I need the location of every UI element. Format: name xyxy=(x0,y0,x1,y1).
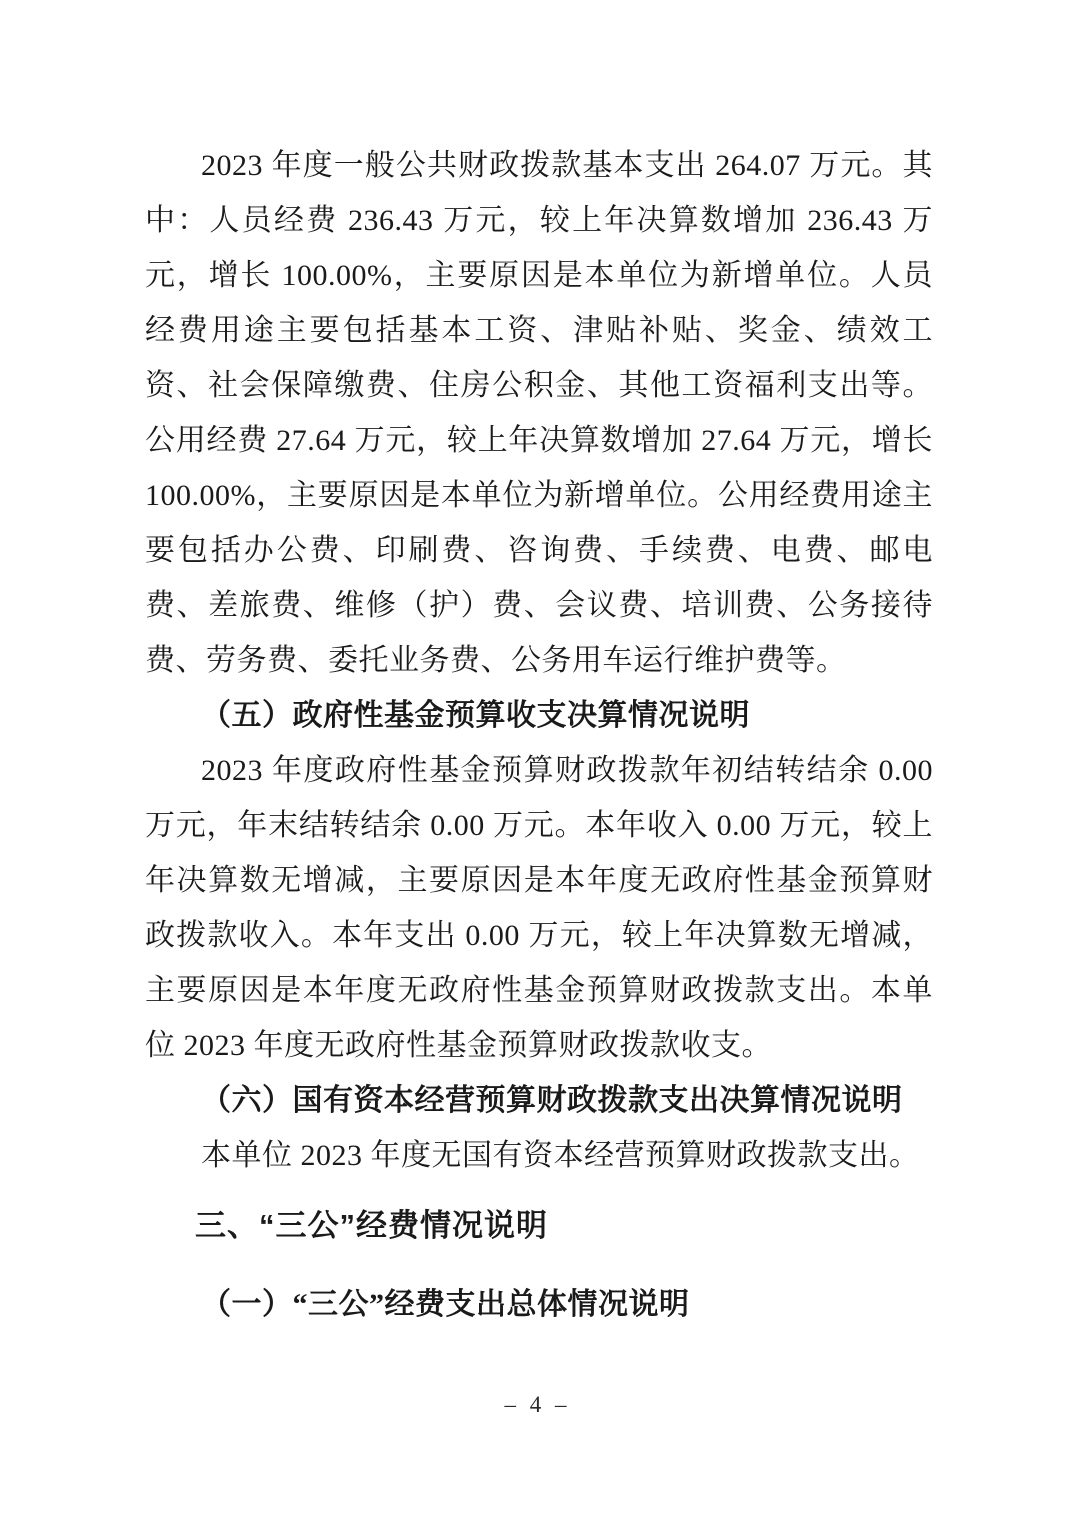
heading-section-six-state-capital-budget: （六）国有资本经营预算财政拨款支出决算情况说明 xyxy=(145,1073,933,1128)
heading-three-public-funds-section: 三、“三公”经费情况说明 xyxy=(145,1198,933,1253)
heading-sub-one-overall-expenditure: （一）“三公”经费支出总体情况说明 xyxy=(145,1277,933,1332)
heading-section-five-gov-fund-budget: （五）政府性基金预算收支决算情况说明 xyxy=(145,688,933,743)
page-number: – 4 – xyxy=(0,1392,1075,1418)
paragraph-state-capital-budget: 本单位 2023 年度无国有资本经营预算财政拨款支出。 xyxy=(145,1128,933,1183)
paragraph-government-fund-budget: 2023 年度政府性基金预算财政拨款年初结转结余 0.00 万元，年末结转结余 … xyxy=(145,743,933,1073)
paragraph-general-budget-basic-expenditure: 2023 年度一般公共财政拨款基本支出 264.07 万元。其中：人员经费 23… xyxy=(145,138,933,688)
document-content: 2023 年度一般公共财政拨款基本支出 264.07 万元。其中：人员经费 23… xyxy=(145,138,933,1332)
document-page: 2023 年度一般公共财政拨款基本支出 264.07 万元。其中：人员经费 23… xyxy=(0,0,1075,1520)
